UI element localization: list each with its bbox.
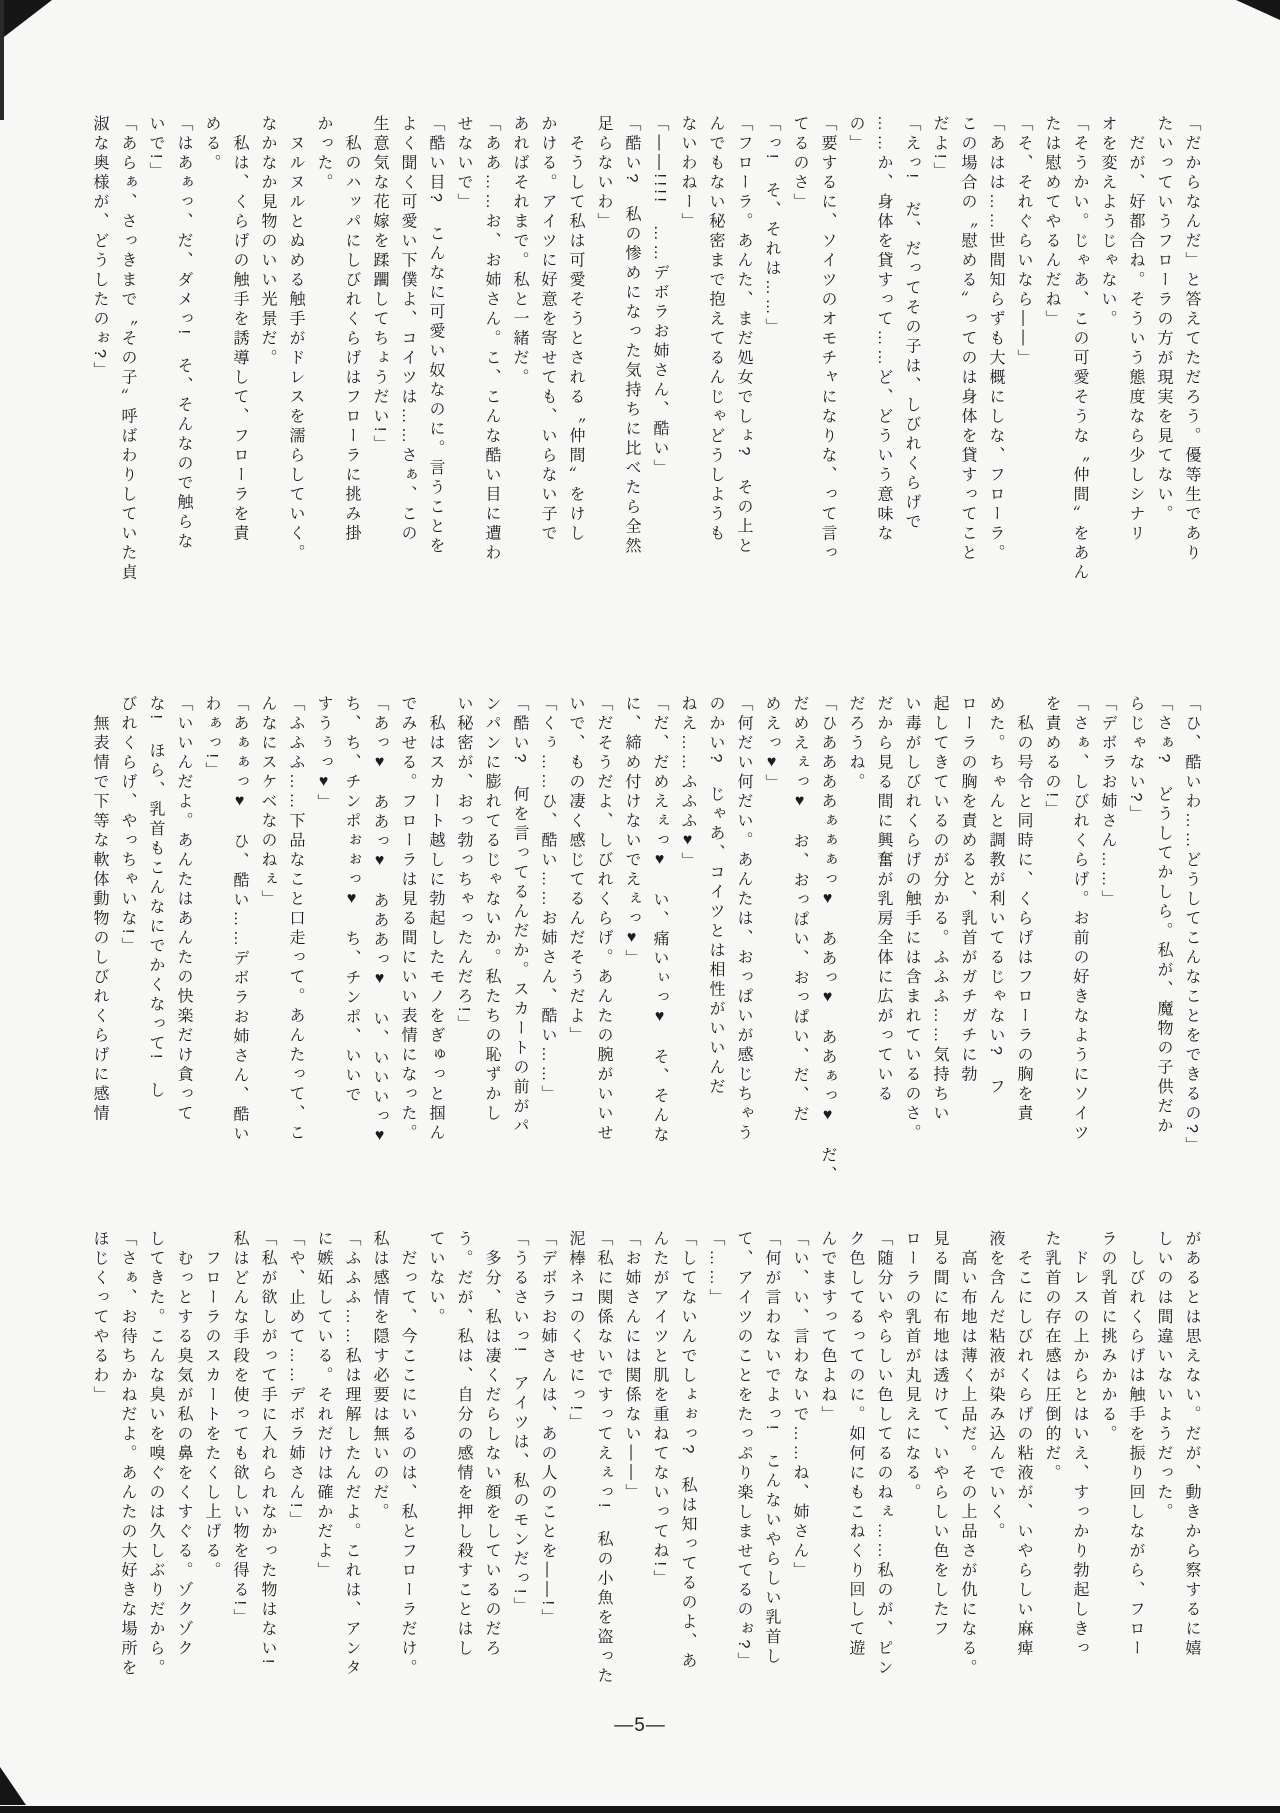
text-column: らじゃない?」 [1121, 695, 1149, 1195]
text-column: て、アイツのことをたっぷり楽しませてるのぉ?」 [729, 1230, 757, 1720]
text-column: てるのさ」 [785, 115, 813, 585]
text-column: 多分、私は凄くだらしない顔をしているのだろ [477, 1230, 505, 1720]
text-column: 「さぁ、お待ちかねだよ。あんたの大好きな場所を [113, 1230, 141, 1720]
text-column: ないわねー」 [673, 115, 701, 585]
text-column: 「さぁ、しびれくらげ。お前の好きなようにソイツ [1065, 695, 1093, 1195]
scanned-document-page: 「だからなんだ」と答えてただろう。優等生でありたいっていうフローラの方が現実を見… [0, 0, 1280, 1813]
text-column: すうぅっ♥」 [309, 695, 337, 1195]
text-column: いで!」 [141, 115, 169, 585]
scan-corner-artifact-top-right [1236, 0, 1280, 20]
text-column: めえっ♥」 [757, 695, 785, 1195]
text-column: 「あっ♥ ああっ♥ あああっ♥ い、いいいっ♥ [365, 695, 393, 1195]
text-column: の」 [841, 115, 869, 585]
text-column: 「何が言わないでよっ! こんないやらしい乳首し [757, 1230, 785, 1720]
text-column: を責めるの!」 [1037, 695, 1065, 1195]
text-column: める。 [197, 115, 225, 585]
text-column: に嫉妬している。それだけは確かだよ」 [309, 1230, 337, 1720]
text-column: 「私に関係ないですってえぇっ! 私の小魚を盗った [589, 1230, 617, 1720]
text-column: 「はあぁっ、だ、ダメっ! そ、そんなので触らな [169, 115, 197, 585]
text-column: 「――!!!! ……デボラお姉さん、酷い」 [645, 115, 673, 585]
text-column: 「酷い目? こんなに可愛い奴なのに。言うことを [421, 115, 449, 585]
text-column: 「ふふふ……私は理解したんだよ。これは、アンタ [337, 1230, 365, 1720]
text-column: ヌルヌルとぬめる触手がドレスを濡らしていく。 [281, 115, 309, 585]
text-column: しいのは間違いないようだった。 [1149, 1230, 1177, 1720]
text-column: 私はどんな手段を使っても欲しい物を得る!」 [225, 1230, 253, 1720]
text-column: んたがアイツと肌を重ねてないってね!」 [645, 1230, 673, 1720]
text-column: フローラのスカートをたくし上げる。 [197, 1230, 225, 1720]
text-column: ち、ち、チンポぉぉっ♥ ち、チンポ、いいで [337, 695, 365, 1195]
text-column: ローラの乳首が丸見えになる。 [897, 1230, 925, 1720]
text-column: 「デボラお姉さん……」 [1093, 695, 1121, 1195]
text-column: 「だからなんだ」と答えてただろう。優等生であり [1177, 115, 1205, 585]
text-column: 「くぅ……ひ、酷い……お姉さん、酷い……」 [533, 695, 561, 1195]
text-column: 「っ! そ、それは……」 [757, 115, 785, 585]
text-column: なかなか見物のいい光景だ。 [253, 115, 281, 585]
text-column: ク色してるってのに。如何にもこねくり回して遊 [841, 1230, 869, 1720]
text-column: い毒がしびれくらげの触手には含まれているのさ。 [897, 695, 925, 1195]
text-column: いで、もの凄く感じてるんだそうだよ」 [561, 695, 589, 1195]
text-column: たいっていうフローラの方が現実を見てない。 [1149, 115, 1177, 585]
text-column: 生意気な花嫁を蹂躙してちょうだい!」 [365, 115, 393, 585]
text-column: ほじくってやるわ」 [85, 1230, 113, 1720]
text-column: だから見る間に興奮が乳房全体に広がっている [869, 695, 897, 1195]
text-column: た乳首の存在感は圧倒的だ。 [1037, 1230, 1065, 1720]
text-column: 泥棒ネコのくせにっ!」 [561, 1230, 589, 1720]
text-section-middle: 「ひ、酷いわ……どうしてこんなことをできるの?」「さぁ? どうしてかしら。私が、… [85, 695, 1205, 1195]
text-column: 私はスカート越しに勃起したモノをぎゅっと掴ん [421, 695, 449, 1195]
text-column: 「だ、だめえぇっ♥ い、痛いぃっ♥ そ、そんな [645, 695, 673, 1195]
text-column: でみせる。フローラは見る間にいい表情になった。 [393, 695, 421, 1195]
text-column: 「酷い? 何を言ってるんだか。スカートの前がパ [505, 695, 533, 1195]
text-column: な! ほら、乳首もこんなにでかくなって! し [141, 695, 169, 1195]
text-column: 起してきているのが分かる。ふふふ……気持ちい [925, 695, 953, 1195]
text-column: オを変えようじゃない。 [1093, 115, 1121, 585]
text-column: そうして私は可愛そうとされる〝仲間〟をけし [561, 115, 589, 585]
text-column: だめえぇっ♥ お、おっぱい、おっぱい、だ、だ [785, 695, 813, 1195]
text-column: 液を含んだ粘液が染み込んでいく。 [981, 1230, 1009, 1720]
text-column: あればそれまで。私と一緒だ。 [505, 115, 533, 585]
text-column: 私の号令と同時に、くらげはフローラの胸を責 [1009, 695, 1037, 1195]
text-column: かける。アイツに好意を寄せても、いらない子で [533, 115, 561, 585]
text-column: だよ!」 [925, 115, 953, 585]
text-column: ンパンに膨れてるじゃないか。私たちの恥ずかし [477, 695, 505, 1195]
text-column: この場合の〝慰める〟ってのは身体を貸すってこと [953, 115, 981, 585]
text-column: 「いいんだよ。あんたはあんたの快楽だけ貪って [169, 695, 197, 1195]
text-column: ていない。 [421, 1230, 449, 1720]
text-column: 「や、止めて……デボラ姉さん!」 [281, 1230, 309, 1720]
text-column: 淑な奥様が、どうしたのぉ?」 [85, 115, 113, 585]
text-column: そこにしびれくらげの粘液が、いやらしい麻痺 [1009, 1230, 1037, 1720]
text-column: んでますって色よね」 [813, 1230, 841, 1720]
text-column: 高い布地は薄く上品だ。その上品さが仇になる。 [953, 1230, 981, 1720]
text-column: 私のハッパにしびれくらげはフローラに挑み掛 [337, 115, 365, 585]
text-column: 「あはは……世間知らずも大概にしな、フローラ。 [981, 115, 1009, 585]
text-section-top: 「だからなんだ」と答えてただろう。優等生でありたいっていうフローラの方が現実を見… [85, 115, 1205, 585]
text-column: 「ひああああぁぁぁっ♥ ああっ♥ ああぁっ♥ だ、 [813, 695, 841, 1195]
text-column: 「ひ、酷いわ……どうしてこんなことをできるの?」 [1177, 695, 1205, 1195]
text-column: わぁっ!」 [197, 695, 225, 1195]
scan-corner-artifact-bottom-left [0, 1767, 26, 1805]
text-column: 「……」 [701, 1230, 729, 1720]
text-column: 「さぁ? どうしてかしら。私が、魔物の子供だか [1149, 695, 1177, 1195]
text-column: 「してないんでしょぉっ? 私は知ってるのよ、あ [673, 1230, 701, 1720]
text-column: むっとする臭気が私の鼻をくすぐる。ゾクゾク [169, 1230, 197, 1720]
text-column: せないで」 [449, 115, 477, 585]
text-column: 「デボラお姉さんは、あの人のことを――!」 [533, 1230, 561, 1720]
text-column: があるとは思えない。だが、動きから察するに嬉 [1177, 1230, 1205, 1720]
text-column: 「うるさいっ! アイツは、私のモンだっ!」 [505, 1230, 533, 1720]
text-column: 「そうかい。じゃあ、この可愛そうな〝仲間〟をあん [1065, 115, 1093, 585]
text-section-bottom: があるとは思えない。だが、動きから察するに嬉しいのは間違いないようだった。 しび… [85, 1230, 1205, 1720]
text-column: 「随分いやらしい色してるのねぇ……私のが、ピン [869, 1230, 897, 1720]
text-column: 足らないわ」 [589, 115, 617, 585]
text-column: に、締め付けないでえぇっ♥」 [617, 695, 645, 1195]
text-column: かった。 [309, 115, 337, 585]
text-column: 「要するに、ソイツのオモチャになりな、って言っ [813, 115, 841, 585]
text-column: ……か、身体を貸すって……ど、どういう意味な [869, 115, 897, 585]
text-column: 見る間に布地は透けて、いやらしい色をしたフ [925, 1230, 953, 1720]
text-column: だが、好都合ね。そういう態度なら少しシナリ [1121, 115, 1149, 585]
text-column: たは慰めてやるんだね」 [1037, 115, 1065, 585]
text-column: 無表情で下等な軟体動物のしびれくらげに感情 [85, 695, 113, 1195]
text-column: ねえ……ふふふ♥」 [673, 695, 701, 1195]
text-column: 「だそうだよ、しびれくらげ。あんたの腕がいいせ [589, 695, 617, 1195]
text-column: 「私が欲しがって手に入れられなかった物はない! [253, 1230, 281, 1720]
text-column: 「い、い、言わないで……ね、姉さん」 [785, 1230, 813, 1720]
text-column: 「えっ! だ、だってその子は、しびれくらげで [897, 115, 925, 585]
text-column: のかい? じゃあ、コイツとは相性がいいんだ [701, 695, 729, 1195]
text-column: びれくらげ、やっちゃいな!」 [113, 695, 141, 1195]
text-column: 「お姉さんには関係ない――」 [617, 1230, 645, 1720]
text-column: めた。ちゃんと調教が利いてるじゃない? フ [981, 695, 1009, 1195]
text-column: 「あぁぁっ♥ ひ、酷い……デボラお姉さん、酷い [225, 695, 253, 1195]
text-column: 私は、くらげの触手を誘導して、フローラを責 [225, 115, 253, 585]
text-column: だって、今ここにいるのは、私とフローラだけ。 [393, 1230, 421, 1720]
text-column: う。だが、私は、自分の感情を押し殺すことはし [449, 1230, 477, 1720]
text-column: 私は感情を隠す必要は無いのだ。 [365, 1230, 393, 1720]
text-column: ラの乳首に挑みかかる。 [1093, 1230, 1121, 1720]
text-column: よく聞く可愛い下僕よ、コイツは……さぁ、この [393, 115, 421, 585]
text-column: ドレスの上からとはいえ、すっかり勃起しきっ [1065, 1230, 1093, 1720]
text-column: 「フローラ。あんた、まだ処女でしょ? その上と [729, 115, 757, 585]
text-column: 「ああ……お、お姉さん。こ、こんな酷い目に遭わ [477, 115, 505, 585]
text-column: ローラの胸を責めると、乳首がガチガチに勃 [953, 695, 981, 1195]
text-column: 「ふふふ……下品なこと口走って。あんたって、こ [281, 695, 309, 1195]
scan-edge-artifact-left [0, 0, 4, 120]
text-column: だろうね。 [841, 695, 869, 1195]
text-column: い秘密が、おっ勃っちゃったんだろ!」 [449, 695, 477, 1195]
scan-edge-artifact-bottom [0, 1806, 1280, 1813]
text-column: しびれくらげは触手を振り回しながら、フロー [1121, 1230, 1149, 1720]
text-column: してきた。こんな臭いを嗅ぐのは久しぶりだから。 [141, 1230, 169, 1720]
text-column: 「あらぁ、さっきまで〝その子〟呼ばわりしていた貞 [113, 115, 141, 585]
text-column: んなにスケベなのねぇ」 [253, 695, 281, 1195]
text-column: 「酷い? 私の惨めになった気持ちに比べたら全然 [617, 115, 645, 585]
scan-corner-artifact-top-left [0, 0, 52, 40]
text-column: んでもない秘密まで抱えてるんじゃどうしようも [701, 115, 729, 585]
text-column: 「何だい何だい。あんたは、おっぱいが感じちゃう [729, 695, 757, 1195]
text-column: 「そ、それぐらいなら――」 [1009, 115, 1037, 585]
page-number: ―5― [0, 1715, 1280, 1737]
